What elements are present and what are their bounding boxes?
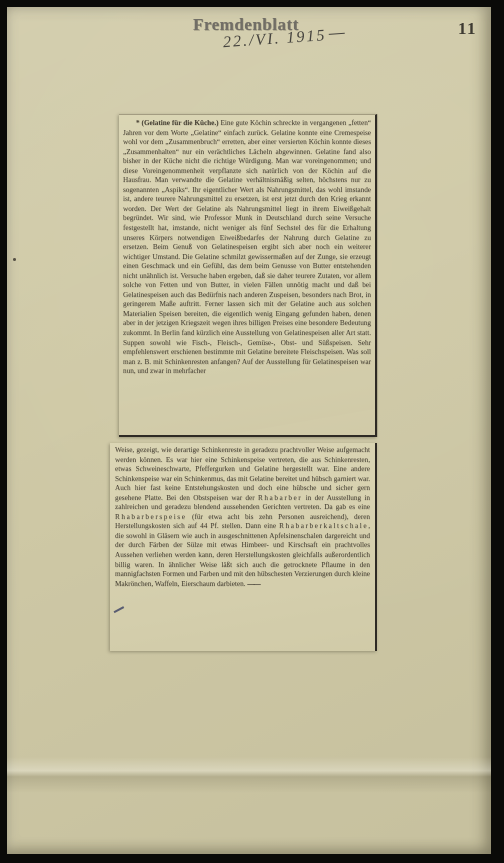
- ink-speck: [13, 258, 16, 261]
- pencil-mark: [111, 601, 124, 613]
- newspaper-clipping-bottom: Weise, gezeigt, wie derartige Schinkenre…: [110, 443, 377, 651]
- scanned-document: Fremdenblatt 22./VI. 1915 11 * (Gelatine…: [0, 0, 504, 863]
- article-text-part2: Weise, gezeigt, wie derartige Schinkenre…: [115, 446, 370, 589]
- paper-crease: [7, 757, 491, 793]
- article-text-part1: * (Gelatine für die Küche.) Eine gute Kö…: [123, 119, 371, 377]
- album-page: Fremdenblatt 22./VI. 1915 11 * (Gelatine…: [7, 7, 491, 854]
- newspaper-clipping-top: * (Gelatine für die Küche.) Eine gute Kö…: [119, 114, 377, 437]
- page-number: 11: [458, 19, 477, 39]
